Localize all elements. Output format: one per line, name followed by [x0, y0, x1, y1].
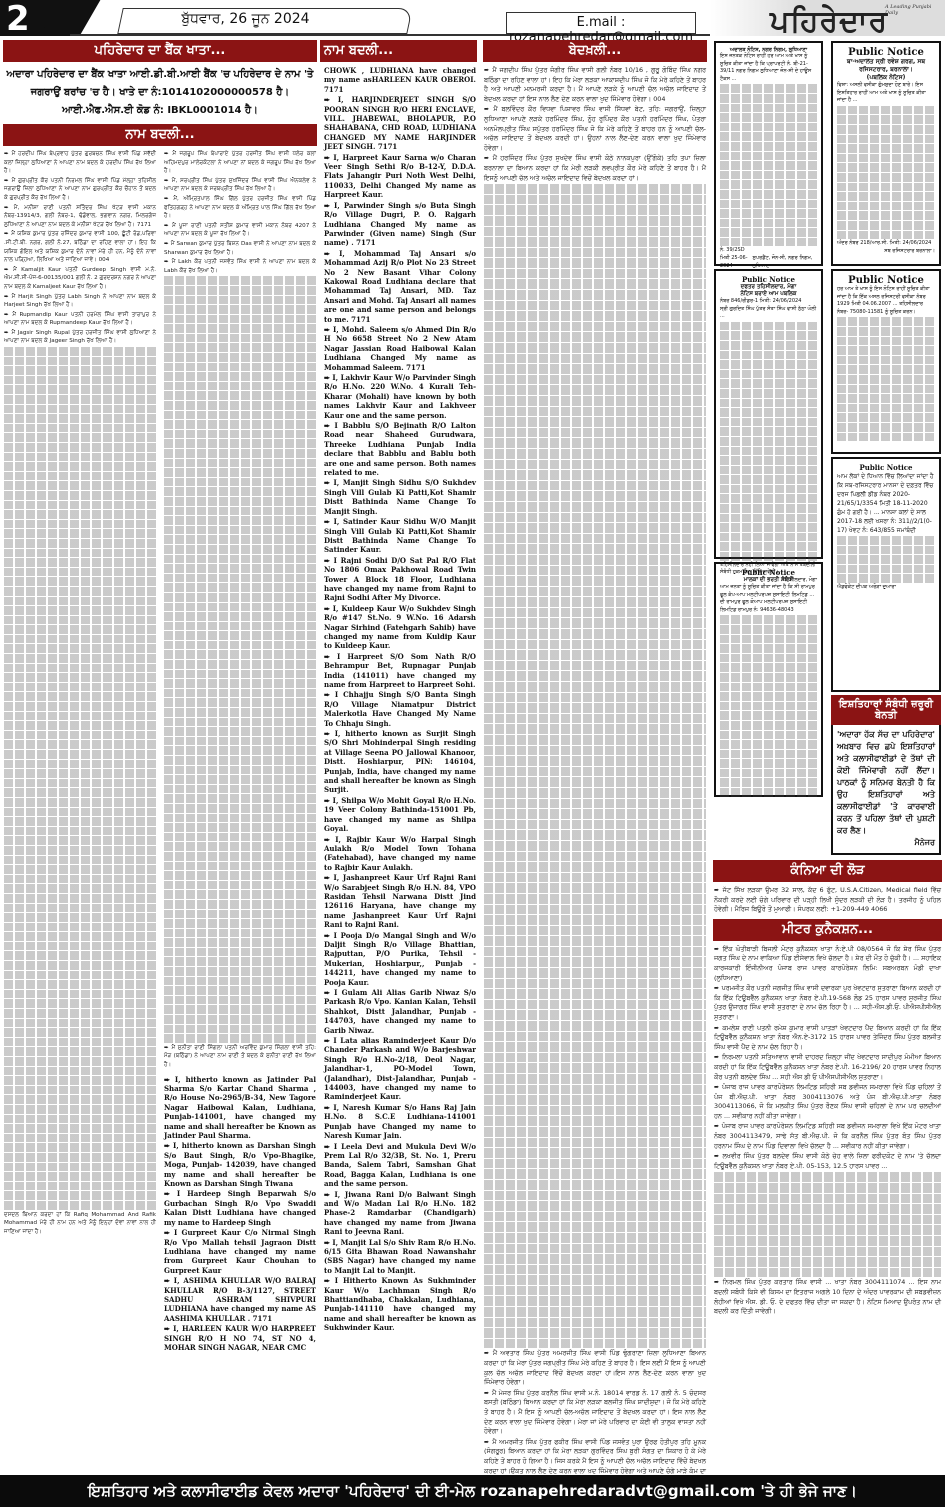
disinherit-list: ➨ ਮੈਂ ਜਗਦੀਪ ਸਿੰਘ ਪੁੱਤਰ ਜੰਗੀਰ ਸਿੰਘ ਵਾਸੀ ਗ… — [480, 64, 710, 1474]
classified-item: ➨ I Rajni Sodhi D/O Sat Pal R/O Flat No … — [324, 556, 476, 603]
notice-title: Public Notice — [720, 275, 817, 284]
classified-item: ➨ I, Kuldeep Kaur W/o Sukhdev Singh R/o … — [324, 604, 476, 651]
notices-left: ਅਦਾਲਤ ਨੋਟਿਸ, ਨਗਰ ਨਿਗਮ, ਲੁਧਿਆਣਾ ਇਸ ਜਨਤਕ ਨ… — [710, 38, 827, 858]
classified-item: ➨ I, Jiwana Rani D/o Balwant Singh and W… — [324, 1190, 476, 1237]
classified-item: ➨ ਪੰਜਾਬ ਰਾਜ ਪਾਵਰ ਕਾਰਪੋਰੇਸ਼ਨ ਲਿਮਟਿਡ ਸ਼ਹਿਰ… — [714, 1122, 941, 1151]
classified-item: ➨ ਮੈਂ Harjit Singh ਪੁੱਤਰ Labh Singh ਨੇ ਆ… — [4, 293, 156, 310]
contact-email[interactable]: E.mail : rozanapehredar@gmail.com — [506, 12, 696, 34]
classified-item: ➨ ਮੈਂ ਯਸ਼ਿਕ ਕੁਮਾਰ ਪੁੱਤਰ ਰਜਿੰਦਰ ਕੁਮਾਰ ਵਾਸ… — [4, 230, 156, 264]
filler-text-lines — [484, 184, 706, 1348]
classified-item: ➨ ਮੈਂ ਜਗਰੂਪ ਸਿੰਘ ਬੇਪਾਰਾਏ ਪੁੱਤਰ ਹਰਜੀਤ ਸਿੰ… — [164, 150, 316, 176]
classified-item: ➨ I Babblu S/O Bejinath R/O Lalton Road … — [324, 421, 476, 477]
notice-ref: ਅੰਦਰ ਨੰਬਰ 218/ਆਰ.ਸੀ. ਮਿਤੀ: 24/06/2024 — [837, 240, 935, 248]
classified-item: ➨ ਨਿਰਮਲ ਸਿੰਘ ਪੁੱਤਰ ਕਰਤਾਰ ਸਿੰਘ ਵਾਸੀ ... ਖ… — [714, 1278, 941, 1316]
newspaper-logo: ਪਹਿਰੇਦਾਰ — [770, 4, 888, 39]
classified-item: ➨ I Hitherto Known As Sukhminder Kaur W/… — [324, 1276, 476, 1332]
public-notice-deed: Public Notice ਹਰ ਆਮ ਤੇ ਖਾਸ ਨੂੰ ਇਸ ਨੋਟਿਸ … — [831, 269, 941, 454]
ads-disclaimer-title: ਇਸ਼ਤਿਹਾਰਾਂ ਸੰਬੰਧੀ ਜ਼ਰੂਰੀ ਬੇਨਤੀ — [831, 695, 941, 725]
classified-item: ➨ ਮੈਂ Jagsir Singh Rupal ਪੁੱਤਰ ਹਰਜੀਤ ਸਿੰ… — [4, 329, 156, 346]
notice-body: ਹਰ ਆਮ ਤੇ ਖਾਸ ਨੂੰ ਇਸ ਨੋਟਿਸ ਰਾਹੀਂ ਸੂਚਿਤ ਕੀ… — [837, 286, 935, 316]
classified-item: ➨ I, HARJINDERJEET SINGH S/O POORAN SING… — [324, 95, 476, 151]
classified-item: ➨ ਮੈਂ Sarwan ਕੁਮਾਰ ਪੁੱਤਰ ਬਿਸ਼ਨ Das ਵਾਸੀ … — [164, 240, 316, 257]
logo-tagline: A Leading Punjabi Daily — [885, 4, 945, 16]
classified-item: ➨ ਮੈਂ, ਅੰਮ੍ਰਿਤਪਾਲ ਸਿੰਘ ਗਿੱਲ ਪੁੱਤਰ ਹਰਜੀਤ … — [164, 195, 316, 221]
classified-item: ➨ ਮੈਂ Kamaljit Kaur ਪਤਨੀ Gurdeep Singh ਵ… — [4, 266, 156, 292]
public-notice-barnala: Public Notice ਬਾ-ਅਦਾਲਤ ਸ੍ਰੀ ਰਵੇਸ਼ ਗਰਗ, ਸ… — [831, 41, 941, 266]
notice-signature: ਐਡਵੋਕੇਟ ਦੀਪਕ ਅਰੋੜਾ ਦੁਆਰਾ — [837, 584, 935, 592]
ads-disclaimer-box: ਇਸ਼ਤਿਹਾਰਾਂ ਸੰਬੰਧੀ ਜ਼ਰੂਰੀ ਬੇਨਤੀ 'ਅਦਾਰਾ ਹੱ… — [831, 695, 941, 855]
name-change-banner-left: ਨਾਮ ਬਦਲੀ... — [3, 124, 317, 146]
bank-account-text: ਅਦਾਰਾ ਪਹਿਰੇਦਾਰ ਦਾ ਬੈਂਕ ਖਾਤਾ ਆਈ.ਡੀ.ਬੀ.ਆਈ … — [0, 64, 320, 122]
classified-item: ➨ I, Parwinder Singh s/o Buta Singh R/o … — [324, 201, 476, 248]
name-change-list-col1: ➨ ਮੈਂ ਹਰਦੀਪ ਸਿੰਘ ਬੇਪ੍ਰਵਾਹ ਪੁੱਤਰ ਗੁਰਬਚਨ ਸ… — [0, 148, 160, 1239]
classified-item: ➨ I Pooja D/o Mangal Singh and W/o Dalji… — [324, 931, 476, 987]
notice-ref: ਨੰਬਰ 846/ਰੀਡਰ-1 ਮਿਤੀ: 24/06/2024 — [720, 298, 817, 306]
classified-item: ➨ ਨਿਰਮਲਾ ਪਤਨੀ ਸਤਿਆਵਾਨ ਵਾਸੀ ਦਾਹਰਦ ਜ਼ਿਲ੍ਹਾ… — [714, 1053, 941, 1082]
notice-date: ਮਿਤੀ 25-06-2024 — [720, 255, 753, 270]
name-change-english-col3: CHOWK , LUDHIANA have changed my name as… — [320, 64, 480, 1336]
classified-item: ਦਸਦਲ ਬਿਆਨ ਕਰਦਾ ਹਾਂ ਕਿ Rafiq Mohammad And… — [4, 1211, 156, 1237]
issue-date: ਬੁੱਧਵਾਰ, 26 ਜੂਨ 2024 — [181, 11, 309, 27]
page-number: 2 — [6, 0, 30, 39]
classified-item: ➨ ਮੈਂ ਅਮਰਜੀਤ ਸਿੰਘ ਪੁੱਤਰ ਫਕੀਰ ਸਿੰਘ ਵਾਸੀ ਪ… — [484, 1438, 706, 1474]
classified-item: ➨ I, Jashanpreet Kaur Urf Rajni Rani W/o… — [324, 873, 476, 929]
footer-email-banner: ਇਸ਼ਤਿਹਾਰ ਅਤੇ ਕਲਾਸੀਫਾਈਡ ਕੇਵਲ ਅਦਾਰਾ 'ਪਹਿਰੇ… — [0, 1475, 945, 1507]
classified-item: ➨ ਮੈਂ, ਸਰਪ੍ਰੀਤ ਸਿੰਘ ਪੁੱਤਰ ਸੁਖਜਿੰਦਰ ਸਿੰਘ … — [164, 177, 316, 194]
classified-item: ➨ I Gurpreet Kaur C/o Nirmal Singh R/o V… — [164, 1228, 316, 1275]
masthead: 2 ਬੁੱਧਵਾਰ, 26 ਜੂਨ 2024 E.mail : rozanape… — [0, 0, 945, 36]
classified-item: ➨ ਪਰਮਜੀਤ ਕੌਰ ਪਤਨੀ ਜਗਜੀਤ ਸਿੰਘ ਵਾਸੀ ਦਵਾਰਕਾ… — [714, 984, 941, 1022]
notice-body: ਇਸ ਜਨਤਕ ਨੋਟਿਸ ਰਾਹੀਂ ਹਰ ਆਮ ਅਤੇ ਖਾਸ ਨੂੰ ਸੂ… — [720, 53, 817, 83]
classified-item: CHOWK , LUDHIANA have changed my name as… — [324, 66, 476, 94]
classified-item: ➨ ਮੈਂ ਜਗਦੀਪ ਸਿੰਘ ਪੁੱਤਰ ਜੰਗੀਰ ਸਿੰਘ ਵਾਸੀ ਗ… — [484, 66, 706, 104]
notice-subtitle: (ਪਬਲਿਕ ਨੋਟਿਸ) — [837, 74, 935, 82]
classified-item: ➨ ਮੈਂ ਸੁਨੀਤਾ ਰਾਣੀ ਸਿੰਗਲਾ ਪਤਨੀ ਅਰਵਿੰਦ ਕੁਮ… — [164, 1044, 316, 1070]
notice-signature: ਸਬ ਰਜਿਸਟਰਾਰ ਬਰਨਾਲਾ। — [837, 248, 935, 256]
classified-item: ➨ I, ASHIMA KHULLAR W/O BALRAJ KHULLAR R… — [164, 1276, 316, 1323]
classified-item: ➨ I, Rajbir Kaur W/o Harpal Singh Aulakh… — [324, 835, 476, 873]
column-4: ਬੇਦਖ਼ਲੀ... ➨ ਮੈਂ ਜਗਦੀਪ ਸਿੰਘ ਪੁੱਤਰ ਜੰਗੀਰ … — [480, 38, 710, 1474]
classified-item: ➨ I, Mohammad Taj Ansari s/o Mohammad Az… — [324, 249, 476, 324]
classified-item: ➨ ਮੈਂ Rupmandip Kaur ਪਤਨੀ ਹਰਮੇਲ ਸਿੰਘ ਵਾਸ… — [4, 311, 156, 328]
classified-item: ➨ ਕਮਲੇਸ਼ ਰਾਣੀ ਪਤਨੀ ਰਮੇਸ਼ ਕੁਮਾਰ ਵਾਸੀ ਪਾਤੜ… — [714, 1024, 941, 1053]
classified-item: ➨ ਮੈਂ ਮੇਜਰ ਸਿੰਘ ਪੁੱਤਰ ਕਰਨੈਲ ਸਿੰਘ ਵਾਸੀ ਮ.… — [484, 1389, 706, 1437]
notice-subtitle: ਦਫਤਰ ਤਹਿਸੀਲਦਾਰ, ਮੋਗਾ — [720, 284, 817, 291]
name-change-english-col2: ➨ I, hitherto known as Jatinder Pal Shar… — [160, 1073, 320, 1356]
classified-item: ➨ ਮੈਂ ਗੁਰਪ੍ਰੀਤ ਕੌਰ ਪਤਨੀ ਨਿਰਮਲ ਸਿੰਘ ਵਾਸੀ … — [4, 177, 156, 203]
classified-item: ➨ I, HARLEEN KAUR W/O HARPREET SINGH R/O… — [164, 1324, 316, 1352]
left-columns: ਪਹਿਰੇਦਾਰ ਦਾ ਬੈਂਕ ਖਾਤਾ... ਅਦਾਰਾ ਪਹਿਰੇਦਾਰ … — [0, 38, 320, 1474]
classified-item: ➨ I, Mohd. Saleem s/o Ahmed Din R/o H No… — [324, 325, 476, 372]
notice-title: Public Notice — [837, 275, 935, 286]
filler-text-lines — [164, 276, 316, 1043]
public-notice-mansa: Public Notice ਆਮ ਲੋਕਾਂ ਦੇ ਧਿਆਨ ਵਿੱਚ ਲਿਆਂ… — [831, 457, 941, 692]
notice-signature: ਸੁਪਰਡੈਂਟ, ਜੋਨ-ਸੀ, ਨਗਰ ਨਿਗਮ, ਲੁਧਿਆਣਾ — [753, 255, 817, 270]
classified-item: ➨ I Hardeep Singh Beparwah S/o Gurbachan… — [164, 1189, 316, 1227]
bank-account-banner: ਪਹਿਰੇਦਾਰ ਦਾ ਬੈਂਕ ਖਾਤਾ... — [3, 40, 317, 62]
classified-item: ➨ I, Manjit Lal S/o Shiv Ram R/o H.No. 6… — [324, 1238, 476, 1276]
classified-item: ➨ I, hitherto known as Jatinder Pal Shar… — [164, 1075, 316, 1141]
bride-wanted-ad: ➨ ਜੱਟ ਸਿੱਖ ਲੜਕਾ ਉਮਰ 32 ਸਾਲ, ਕੱਦ 6 ਫੁੱਟ, … — [710, 884, 945, 917]
classified-item: ➨ ਮੈਂ ਹਰਜਿੰਦਰ ਸਿੰਘ ਪੁੱਤਰ ਸੁਖਦੇਵ ਸਿੰਘ ਵਾਸ… — [484, 154, 706, 183]
notice-ref: ਨੰ. 39/2SD — [720, 247, 745, 255]
classified-item: ➨ I Lata alias Raminderjeet Kaur D/o Cha… — [324, 1036, 476, 1102]
classified-item: ➨ I, Shilpa W/o Mohit Goyal R/o H.No. 19… — [324, 796, 476, 834]
notice-body: ਆਮ ਜਨਤਾ ਨੂੰ ਸੂਚਿਤ ਕੀਤਾ ਜਾਂਦਾ ਹੈ ਕਿ ਸੀ ਰਾ… — [720, 584, 817, 614]
ads-disclaimer-body: 'ਅਦਾਰਾ ਹੱਕ ਸੱਚ ਦਾ ਪਹਿਰੇਦਾਰ' ਅਖ਼ਬਾਰ ਵਿਚ ਛ… — [831, 725, 941, 855]
classified-item: ➨ ਮੈਂ ਪੂਜਾ ਰਾਣੀ ਪਤਨੀ ਸਤੀਸ਼ ਕੁਮਾਰ ਵਾਸੀ ਮਕ… — [164, 222, 316, 239]
public-notice-municipal: ਅਦਾਲਤ ਨੋਟਿਸ, ਨਗਰ ਨਿਗਮ, ਲੁਧਿਆਣਾ ਇਸ ਜਨਤਕ ਨ… — [714, 41, 823, 266]
classified-item: ➨ I, Lakhvir Kaur W/o Parvinder Singh R/… — [324, 373, 476, 420]
notice-body: ਵਿਸ਼ਾ: ਅਸਲੀ ਵਸੀਕਾ ਗੁੰਮਸ਼ੁਦਾ ਹੋਣ ਬਾਰੇ। ਇਸ… — [837, 82, 935, 105]
disclaimer-text: 'ਅਦਾਰਾ ਹੱਕ ਸੱਚ ਦਾ ਪਹਿਰੇਦਾਰ' ਅਖ਼ਬਾਰ ਵਿਚ ਛ… — [837, 730, 935, 835]
classified-item: ➨ I, Satinder Kaur Sidhu W/O Manjit Sing… — [324, 517, 476, 555]
classified-item: ➨ ਮੈਂ, ਮਨੀਸ਼ਾ ਰਾਣੀ ਪਤਨੀ ਸਤਿੰਦਰ ਸਿੰਘ ਖੱਟੜ… — [4, 204, 156, 230]
bride-wanted-banner: ਕੰਨਿਆ ਦੀ ਲੋੜ — [713, 860, 942, 882]
notice-court: ਬਾ-ਅਦਾਲਤ ਸ੍ਰੀ ਰਵੇਸ਼ ਗਰਗ, ਸਬ ਰਜਿਸਟਰਾਰ, ਬਰ… — [837, 58, 935, 74]
notice-body: ਸ੍ਰੀ ਗੁਰਦਿਤ ਸਿੰਘ ਪੁੱਤਰ ਸੰਤਾ ਸਿੰਘ ਵਾਸੀ ਠੱ… — [720, 306, 817, 321]
filler-text-lines — [4, 347, 156, 1209]
column-2: ➨ ਮੈਂ ਜਗਰੂਪ ਸਿੰਘ ਬੇਪਾਰਾਏ ਪੁੱਤਰ ਹਰਜੀਤ ਸਿੰ… — [160, 148, 320, 1355]
classified-item: ➨ ਮੈਂ ਅਵਤਾਰ ਸਿੰਘ ਪੁੱਤਰ ਅਮਰਜੀਤ ਸਿੰਘ ਵਾਸੀ … — [484, 1349, 706, 1387]
classified-item: ➨ I Harpreet S/O Som Nath R/O Behrampur … — [324, 652, 476, 690]
classified-item: ➨ ਮੈਂ Lakh ਕੌਰ ਪਤਨੀ ਜਸਵੰਤ ਸਿੰਘ ਵਾਸੀ ਨੇ ਆ… — [164, 258, 316, 275]
classified-item: ➨ I Chhajju Singh S/O Banta Singh R/O Vi… — [324, 690, 476, 728]
classified-item: ➨ I Leela Devi and Mukula Devi W/o Prem … — [324, 1142, 476, 1189]
classified-item: ➨ I, Manjit Singh Sidhu S/O Sukhdev Sing… — [324, 478, 476, 516]
classified-item: ➨ I Gulam Ali Alias Garib Niwaz S/o Park… — [324, 988, 476, 1035]
classified-item: ➨ I, hitherto known as Surjit Singh S/O … — [324, 729, 476, 795]
classified-item: ➨ I, Harpreet Kaur Sarna w/o Charan Veer… — [324, 153, 476, 200]
classified-item: ➨ I, Naresh Kumar S/o Hans Raj Jain H.No… — [324, 1103, 476, 1141]
notice-body: ਆਮ ਲੋਕਾਂ ਦੇ ਧਿਆਨ ਵਿੱਚ ਲਿਆਂਦਾ ਜਾਂਦਾ ਹੈ ਕਿ… — [837, 472, 935, 535]
notice-subtitle: ਨੋਟਿਸ ਬਰਾਏ ਆਮ ਪਬਲਿਕ — [720, 291, 817, 298]
notice-title: Public Notice — [837, 47, 935, 58]
classified-item: ➨ I, hitherto known as Darshan Singh S/o… — [164, 1141, 316, 1188]
column-3: ਨਾਮ ਬਦਲੀ... CHOWK , LUDHIANA have change… — [320, 38, 480, 1474]
meter-connection-banner: ਮੀਟਰ ਕੁਨੈਕਸ਼ਨ... — [713, 919, 942, 941]
notices-right: Public Notice ਬਾ-ਅਦਾਲਤ ਸ੍ਰੀ ਰਵੇਸ਼ ਗਰਗ, ਸ… — [827, 38, 945, 858]
disclaimer-signature: ਮੈਨੇਜਰ — [837, 837, 935, 849]
name-change-banner-right: ਨਾਮ ਬਦਲੀ... — [320, 40, 477, 62]
classified-item: ➨ ਮੈਂ ਬਲਵਿੰਦਰ ਕੌਰ ਵਿਧਵਾ ਪਿਸ਼ਾਵਰ ਸਿੰਘ ਵਾਸ… — [484, 105, 706, 153]
classified-item: ➨ ਲਖਵੀਰ ਸਿੰਘ ਪੁੱਤਰ ਬਲਦੇਵ ਸਿੰਘ ਵਾਸੀ ਕੋਠੇ … — [714, 1152, 941, 1171]
name-change-list-col2: ➨ ਮੈਂ ਜਗਰੂਪ ਸਿੰਘ ਬੇਪਾਰਾਏ ਪੁੱਤਰ ਹਰਜੀਤ ਸਿੰ… — [160, 148, 320, 1073]
classified-item: ➨ ਪੰਜਾਬ ਰਾਜ ਪਾਵਰ ਕਾਰਪੋਰੇਸ਼ਨ ਲਿਮਟਿਡ ਸ਼ਹਿਰ… — [714, 1083, 941, 1121]
column-5: ਅਦਾਲਤ ਨੋਟਿਸ, ਨਗਰ ਨਿਗਮ, ਲੁਧਿਆਣਾ ਇਸ ਜਨਤਕ ਨ… — [710, 38, 945, 1474]
public-notice-tehsildar-moga: Public Notice ਦਫਤਰ ਤਹਿਸੀਲਦਾਰ, ਮੋਗਾ ਨੋਟਿਸ… — [714, 269, 823, 559]
date-box: ਬੁੱਧਵਾਰ, 26 ਜੂਨ 2024 — [117, 8, 413, 34]
notice-title: Public Notice — [837, 463, 935, 472]
column-1: ➨ ਮੈਂ ਹਰਦੀਪ ਸਿੰਘ ਬੇਪ੍ਰਵਾਹ ਪੁੱਤਰ ਗੁਰਬਚਨ ਸ… — [0, 148, 160, 1355]
meter-connection-list: ➨ ਇੱਕ ਘੋਤੀਬਾੜੀ ਬਿਜਲੀ ਮੋਟਰ ਕੁਨੈਕਸ਼ਨ ਖਾਤਾ … — [710, 943, 945, 1320]
public-notice-society: Public Notice ਮਾਲਕਾਂ ਦੀ ਭਰਤੀ ਸੰਬੰਧੀ ਆਮ ਜ… — [714, 562, 823, 797]
classified-item: ➨ ਇੱਕ ਘੋਤੀਬਾੜੀ ਬਿਜਲੀ ਮੋਟਰ ਕੁਨੈਕਸ਼ਨ ਖਾਤਾ … — [714, 945, 941, 983]
disinherit-banner: ਬੇਦਖ਼ਲੀ... — [483, 40, 707, 62]
classified-item: ➨ ਮੈਂ ਹਰਦੀਪ ਸਿੰਘ ਬੇਪ੍ਰਵਾਹ ਪੁੱਤਰ ਗੁਰਬਚਨ ਸ… — [4, 150, 156, 176]
